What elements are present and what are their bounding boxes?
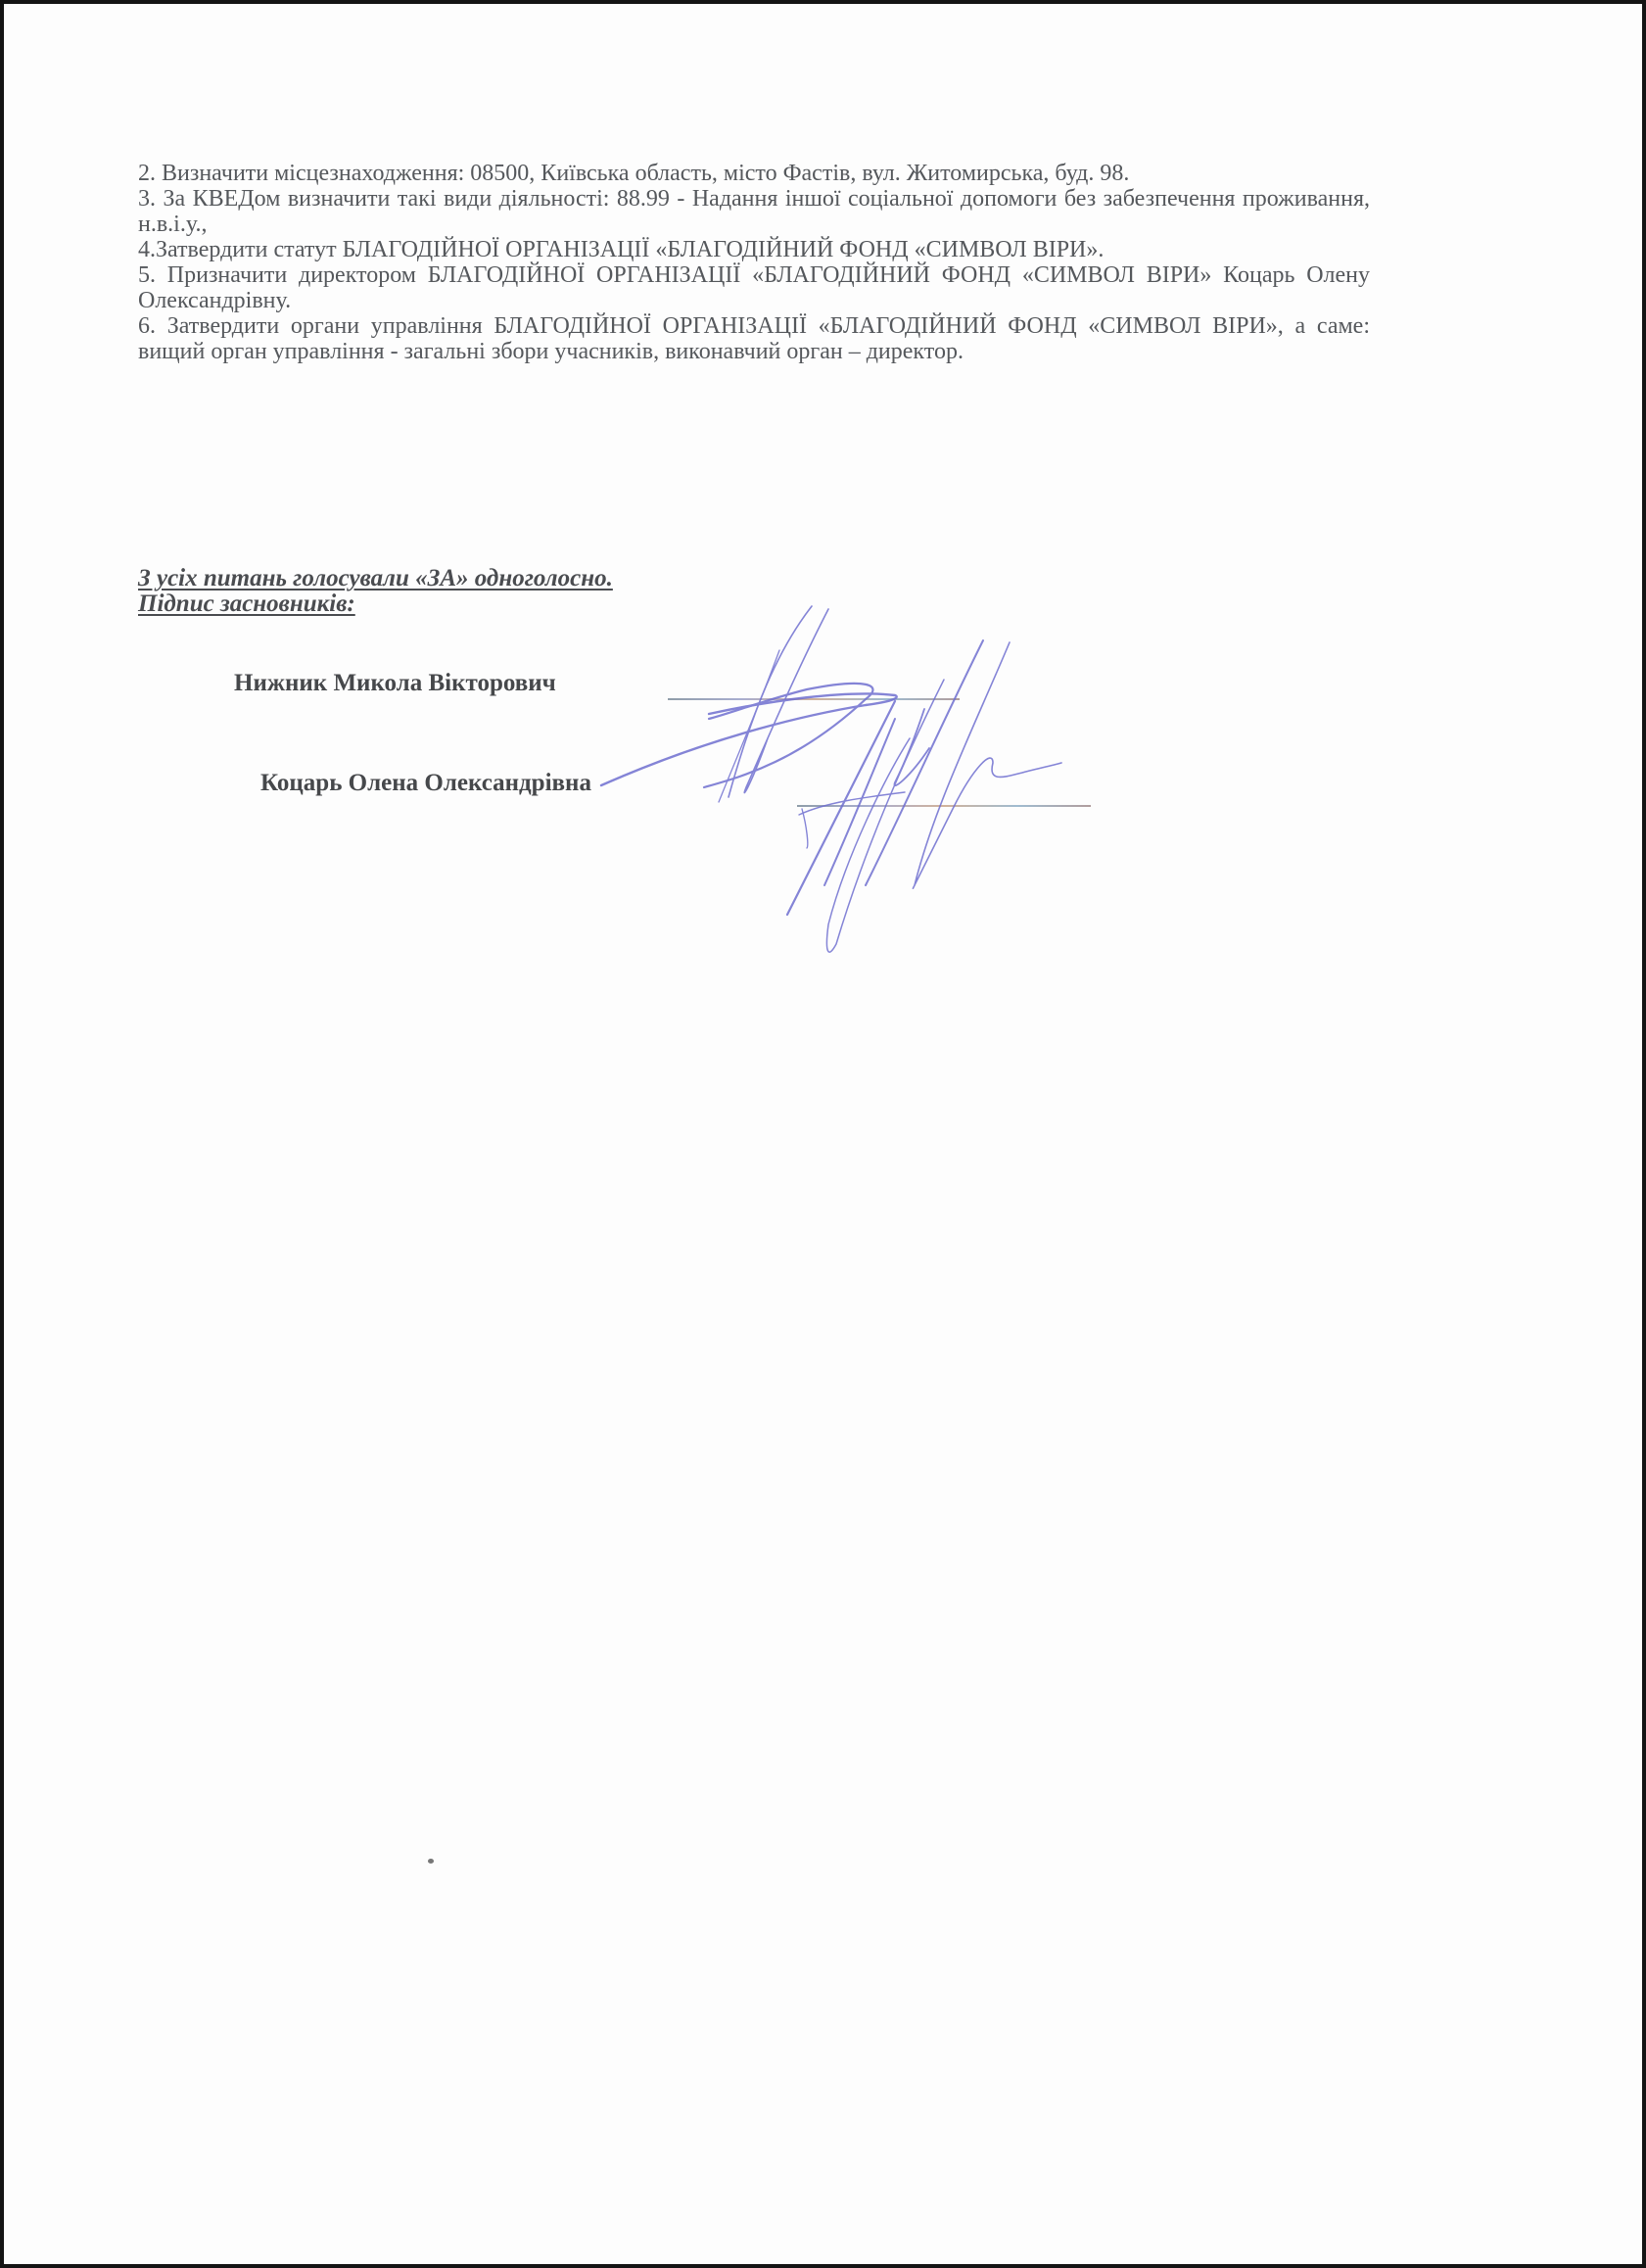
item-director: 5. Призначити директором БЛАГОДІЙНОЇ ОРГ… — [138, 262, 1370, 313]
signer-name-2: Коцарь Олена Олександрівна — [260, 770, 591, 797]
vote-result: З усіх питань голосували «ЗА» одноголосн… — [138, 565, 613, 591]
scan-speck — [428, 1859, 434, 1864]
item-statute: 4.Затвердити статут БЛАГОДІЙНОЇ ОРГАНІЗА… — [138, 237, 1370, 262]
scanned-page: 2. Визначити місцезнаходження: 08500, Ки… — [0, 0, 1646, 2268]
item-kved: 3. За КВЕДом визначити такі види діяльно… — [138, 186, 1370, 237]
signer-name-1: Нижник Микола Вікторович — [234, 670, 556, 697]
item-governance: 6. Затвердити органи управління БЛАГОДІЙ… — [138, 313, 1370, 364]
handwritten-signature-icon — [572, 591, 1120, 964]
signatures-heading: Підпис засновників: — [138, 591, 355, 617]
item-location: 2. Визначити місцезнаходження: 08500, Ки… — [138, 161, 1370, 186]
resolution-items: 2. Визначити місцезнаходження: 08500, Ки… — [138, 161, 1370, 364]
vote-block: З усіх питань голосували «ЗА» одноголосн… — [138, 566, 613, 617]
